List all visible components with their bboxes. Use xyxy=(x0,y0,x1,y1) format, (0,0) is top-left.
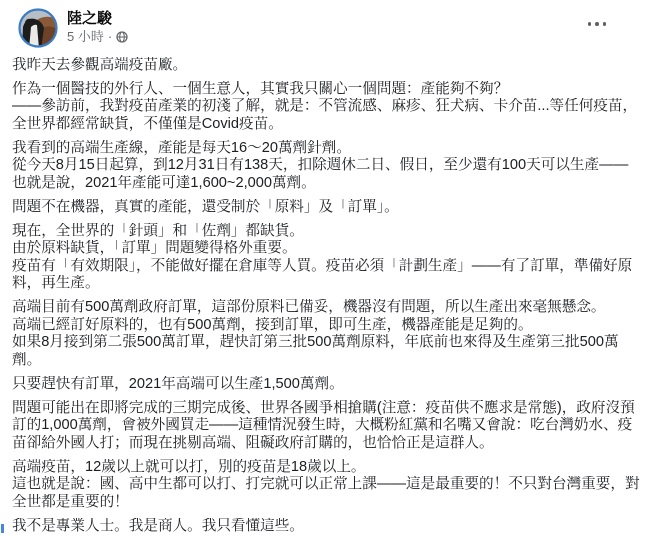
post-line: 作為一個醫技的外行人、一個生意人，其實我只關心一個問題：產能夠不夠？ xyxy=(12,81,646,99)
post-meta-row: 5 小時 · xyxy=(67,29,128,45)
author-name[interactable]: 陸之駿 xyxy=(67,9,128,28)
post-line: 從今天8月15日起算，到12月31日有138天，扣除週休二日、假日，至少還有10… xyxy=(12,157,646,175)
ellipsis-icon xyxy=(603,22,607,26)
post-paragraph: 高端疫苗，12歲以上就可以打，別的疫苗是18歲以上。 這也就是說：國、高中生都可… xyxy=(12,459,646,512)
post-line: 高端已經訂好原料的，也有500萬劑，接到訂單，即可生產，機器產能是足夠的。 xyxy=(12,317,646,335)
globe-icon xyxy=(116,31,128,43)
avatar[interactable] xyxy=(18,8,58,48)
post-line: 疫苗有「有效期限」，不能做好擺在倉庫等人買。疫苗必須「計劃生產」——有了訂單，準… xyxy=(12,258,646,276)
post-line: 全世都是重要的！ xyxy=(12,494,646,512)
header-meta: 陸之駿 5 小時 · xyxy=(67,8,128,45)
post-line: 問題可能出在即將完成的三期完成後、世界各國爭相搶購(注意：疫苗供不應求是常態)，… xyxy=(12,400,646,418)
post-paragraph: 我看到的高端生產線，產能是每天16～20萬劑針劑。 從今天8月15日起算，到12… xyxy=(12,140,646,193)
dot-separator: · xyxy=(108,29,112,45)
post-line: 我看到的高端生產線，產能是每天16～20萬劑針劑。 xyxy=(12,140,646,158)
post-line: 只要趕快有訂單，2021年高端可以生產1,500萬劑。 xyxy=(12,376,646,394)
post-header: 陸之駿 5 小時 · xyxy=(0,0,656,50)
post-line: 如果8月接到第二張500萬訂單，趕快訂第三批500萬劑原料，年底前也來得及生產第… xyxy=(12,334,646,352)
post-line: 料，再生產。 xyxy=(12,275,646,293)
post-paragraph: 問題不在機器，真實的產能，還受制於「原料」及「訂單」。 xyxy=(12,199,646,217)
post-paragraph: 高端目前有500萬劑政府訂單，這部份原料已備妥，機器沒有問題，所以生產出來毫無懸… xyxy=(12,299,646,369)
post-paragraph: 我不是專業人士。我是商人。我只看懂這些。 xyxy=(12,518,646,536)
post-paragraph: 問題可能出在即將完成的三期完成後、世界各國爭相搶購(注意：疫苗供不應求是常態)，… xyxy=(12,400,646,453)
post-line: 我昨天去參觀高端疫苗廠。 xyxy=(12,57,646,75)
post-paragraph: 我昨天去參觀高端疫苗廠。 xyxy=(12,57,646,75)
post-paragraph: 只要趕快有訂單，2021年高端可以生產1,500萬劑。 xyxy=(12,376,646,394)
post-paragraph: 現在，全世界的「針頭」和「佐劑」都缺貨。 由於原料缺貨，「訂單」問題變得格外重要… xyxy=(12,223,646,293)
post-paragraph: 作為一個醫技的外行人、一個生意人，其實我只關心一個問題：產能夠不夠？ ——參訪前… xyxy=(12,81,646,134)
post-line: 高端目前有500萬劑政府訂單，這部份原料已備妥，機器沒有問題，所以生產出來毫無懸… xyxy=(12,299,646,317)
post-line: 由於原料缺貨，「訂單」問題變得格外重要。 xyxy=(12,240,646,258)
ellipsis-icon xyxy=(588,22,592,26)
post-timestamp[interactable]: 5 小時 xyxy=(67,29,104,45)
post-line: 現在，全世界的「針頭」和「佐劑」都缺貨。 xyxy=(12,223,646,241)
post-line: 問題不在機器，真實的產能，還受制於「原料」及「訂單」。 xyxy=(12,199,646,217)
post-line: 訂的1,000萬劑，會被外國買走——這種情況發生時，大概粉紅黨和名嘴又會說：吃台… xyxy=(12,417,646,435)
crop-artifact xyxy=(1,524,4,533)
post-card: 陸之駿 5 小時 · 我昨天去參觀高端疫苗廠。 xyxy=(0,0,656,538)
avatar-dog-photo xyxy=(18,8,58,48)
post-line: ——參訪前，我對疫苗產業的初淺了解，就是：不管流感、麻疹、狂犬病、卡介苗...等… xyxy=(12,98,646,116)
post-line: 高端疫苗，12歲以上就可以打，別的疫苗是18歲以上。 xyxy=(12,459,646,477)
post-line: 劑。 xyxy=(12,352,646,370)
post-line: 這也就是說：國、高中生都可以打、打完就可以正常上課——這是最重要的！不只對台灣重… xyxy=(12,476,646,494)
post-line: 我不是專業人士。我是商人。我只看懂這些。 xyxy=(12,518,646,536)
more-options-button[interactable] xyxy=(584,16,611,32)
post-line: 苗卻給外國人打；而現在挑剔高端、阻礙政府訂購的，也恰恰正是這群人。 xyxy=(12,435,646,453)
post-line: 也就是說，2021年產能可達1,600~2,000萬劑。 xyxy=(12,175,646,193)
post-body: 我昨天去參觀高端疫苗廠。 作為一個醫技的外行人、一個生意人，其實我只關心一個問題… xyxy=(0,57,656,536)
ellipsis-icon xyxy=(595,22,599,26)
post-line: 全世界都經常缺貨，不僅僅是Covid疫苗。 xyxy=(12,116,646,134)
